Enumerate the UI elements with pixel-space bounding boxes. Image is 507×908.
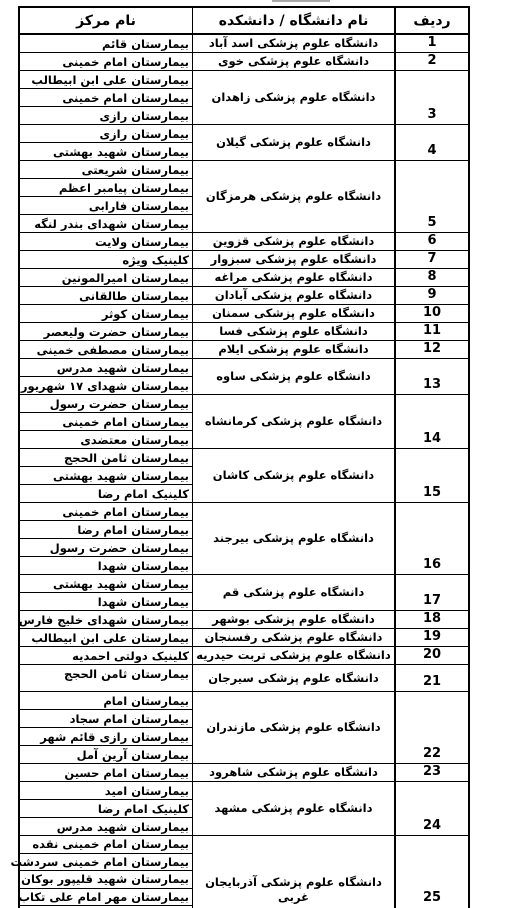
table-row-group: 12دانشگاه علوم پزشکی ایلامبیمارستان مصطف… — [20, 341, 468, 359]
center-name: بیمارستان امام خمینی — [20, 53, 192, 70]
table-row-group: 25دانشگاه علوم پزشکی آذربایجان غربیبیمار… — [20, 836, 468, 908]
row-number: 25 — [394, 836, 468, 908]
header-center-name: نام مرکز — [20, 8, 192, 33]
university-name: دانشگاه علوم پزشکی قم — [192, 575, 394, 610]
center-name: بیمارستان امام رضا — [20, 521, 192, 539]
university-name: دانشگاه علوم پزشکی خوی — [192, 53, 394, 70]
center-name: کلینیک ویژه — [20, 251, 192, 268]
center-name: بیمارستان رازی — [20, 125, 192, 143]
table-row-group: 14دانشگاه علوم پزشکی کرمانشاهبیمارستان ح… — [20, 395, 468, 449]
table-row-group: 24دانشگاه علوم پزشکی مشهدبیمارستان امیدک… — [20, 782, 468, 836]
header-row-number: ردیف — [394, 8, 468, 33]
university-name: دانشگاه علوم پزشکی ساوه — [192, 359, 394, 394]
center-name: کلینیک امام رضا — [20, 800, 192, 818]
center-name: بیمارستان رازی — [20, 107, 192, 124]
row-number: 2 — [394, 53, 468, 70]
row-number: 16 — [394, 503, 468, 574]
university-name: دانشگاه علوم پزشکی سبزوار — [192, 251, 394, 268]
university-name: دانشگاه علوم پزشکی سمنان — [192, 305, 394, 322]
table-row-group: 20دانشگاه علوم پزشکی تربت حیدریهکلینیک د… — [20, 647, 468, 665]
row-number: 4 — [394, 125, 468, 160]
row-number: 1 — [394, 35, 468, 52]
center-name: بیمارستان امام خمینی — [20, 89, 192, 107]
row-number: 10 — [394, 305, 468, 322]
center-name: بیمارستان شهدای ۱۷ شهریور — [20, 377, 192, 394]
center-name: بیمارستان امام حسین — [20, 764, 192, 781]
center-name: بیمارستان شهید مدرس — [20, 818, 192, 835]
table-row-group: 22دانشگاه علوم پزشکی مازندرانبیمارستان ا… — [20, 692, 468, 764]
row-number: 5 — [394, 161, 468, 232]
university-name: دانشگاه علوم پزشکی آذربایجان غربی — [192, 836, 394, 908]
center-name: بیمارستان شهدا — [20, 593, 192, 610]
centers-column: بیمارستان امامبیمارستان امام سجادبیمارست… — [20, 692, 192, 763]
centers-column: بیمارستان علی ابن ابیطالببیمارستان امام … — [20, 71, 192, 124]
university-name: دانشگاه علوم پزشکی فسا — [192, 323, 394, 340]
center-name: بیمارستان معتضدی — [20, 431, 192, 448]
center-name: بیمارستان مهر امام علی تکاب — [20, 889, 192, 907]
table-row-group: 2دانشگاه علوم پزشکی خویبیمارستان امام خم… — [20, 53, 468, 71]
centers-column: بیمارستان امام خمینی نقدهبیمارستان امام … — [20, 836, 192, 908]
centers-column: بیمارستان شهدای خلیج فارس — [20, 611, 192, 628]
table-row-group: 9دانشگاه علوم پزشکی آبادانبیمارستان طالق… — [20, 287, 468, 305]
table-body: 1دانشگاه علوم پزشکی اسد آبادبیمارستان قا… — [20, 35, 468, 908]
table-row-group: 17دانشگاه علوم پزشکی قمبیمارستان شهید به… — [20, 575, 468, 611]
center-name: بیمارستان طالقانی — [20, 287, 192, 304]
center-name: بیمارستان شریعتی — [20, 161, 192, 179]
row-number: 17 — [394, 575, 468, 610]
centers-column: کلینیک ویژه — [20, 251, 192, 268]
university-name: دانشگاه علوم پزشکی گیلان — [192, 125, 394, 160]
centers-column: بیمارستان رازیبیمارستان شهید بهشتی — [20, 125, 192, 160]
row-number: 24 — [394, 782, 468, 835]
center-name: بیمارستان حضرت ولیعصر — [20, 323, 192, 340]
row-number: 15 — [394, 449, 468, 502]
center-name: بیمارستان شهید قلیپور بوکان — [20, 871, 192, 889]
center-name: بیمارستان مصطفی خمینی — [20, 341, 192, 358]
centers-column: بیمارستان حضرت رسولبیمارستان امام خمینیب… — [20, 395, 192, 448]
centers-column: بیمارستان طالقانی — [20, 287, 192, 304]
row-number: 19 — [394, 629, 468, 646]
university-name: دانشگاه علوم پزشکی بوشهر — [192, 611, 394, 628]
center-name: کلینیک دولتی احمدیه — [20, 647, 192, 664]
center-name: بیمارستان شهید بهشتی — [20, 143, 192, 160]
row-number: 11 — [394, 323, 468, 340]
centers-column: کلینیک دولتی احمدیه — [20, 647, 192, 664]
center-name: بیمارستان حضرت رسول — [20, 539, 192, 557]
table-row-group: 15دانشگاه علوم پزشکی کاشانبیمارستان ثامن… — [20, 449, 468, 503]
table-row-group: 18دانشگاه علوم پزشکی بوشهربیمارستان شهدا… — [20, 611, 468, 629]
center-name: بیمارستان قائم — [20, 35, 192, 52]
centers-column: بیمارستان شهید مدرسبیمارستان شهدای ۱۷ شه… — [20, 359, 192, 394]
table-row-group: 1دانشگاه علوم پزشکی اسد آبادبیمارستان قا… — [20, 35, 468, 53]
centers-column: بیمارستان شریعتیبیمارستان پیامبر اعظمبیم… — [20, 161, 192, 232]
center-name: بیمارستان امید — [20, 782, 192, 800]
university-name: دانشگاه علوم پزشکی ایلام — [192, 341, 394, 358]
centers-column: بیمارستان امام خمینیبیمارستان امام رضابی… — [20, 503, 192, 574]
table-row-group: 8دانشگاه علوم پزشکی مراغهبیمارستان امیرا… — [20, 269, 468, 287]
university-name: دانشگاه علوم پزشکی اسد آباد — [192, 35, 394, 52]
university-name: دانشگاه علوم پزشکی کاشان — [192, 449, 394, 502]
center-name: بیمارستان شهید مدرس — [20, 359, 192, 377]
center-name: بیمارستان امام خمینی — [20, 503, 192, 521]
table-header-row: ردیف نام دانشگاه / دانشکده نام مرکز — [20, 8, 468, 35]
row-number: 13 — [394, 359, 468, 394]
row-number: 8 — [394, 269, 468, 286]
university-name: دانشگاه علوم پزشکی آبادان — [192, 287, 394, 304]
row-number: 3 — [394, 71, 468, 124]
center-name: بیمارستان رازی قائم شهر — [20, 728, 192, 746]
center-name: بیمارستان ثامن الحجج — [20, 665, 192, 691]
cropped-row-artifact — [272, 0, 330, 2]
table-row-group: 7دانشگاه علوم پزشکی سبزوارکلینیک ویژه — [20, 251, 468, 269]
center-name: بیمارستان حضرت رسول — [20, 395, 192, 413]
row-number: 20 — [394, 647, 468, 664]
center-name: بیمارستان شهدای خلیج فارس — [20, 611, 192, 628]
center-name: بیمارستان کوثر — [20, 305, 192, 322]
centers-column: بیمارستان حضرت ولیعصر — [20, 323, 192, 340]
university-name: دانشگاه علوم پزشکی تربت حیدریه — [192, 647, 394, 664]
center-name: بیمارستان شهدای بندر لنگه — [20, 215, 192, 232]
center-name: بیمارستان علی ابن ابیطالب — [20, 629, 192, 646]
center-name: بیمارستان امام خمینی نقده — [20, 836, 192, 854]
university-name: دانشگاه علوم پزشکی مشهد — [192, 782, 394, 835]
center-name: بیمارستان آرین آمل — [20, 746, 192, 763]
centers-column: بیمارستان ولایت — [20, 233, 192, 250]
center-name: بیمارستان فارابی — [20, 197, 192, 215]
centers-column: بیمارستان مصطفی خمینی — [20, 341, 192, 358]
center-name: کلینیک امام رضا — [20, 485, 192, 502]
centers-column: بیمارستان علی ابن ابیطالب — [20, 629, 192, 646]
centers-column: بیمارستان شهید بهشتیبیمارستان شهدا — [20, 575, 192, 610]
hospitals-table: ردیف نام دانشگاه / دانشکده نام مرکز 1دان… — [18, 6, 470, 908]
row-number: 21 — [394, 665, 468, 691]
centers-column: بیمارستان امام خمینی — [20, 53, 192, 70]
center-name: بیمارستان امام سجاد — [20, 710, 192, 728]
table-row-group: 10دانشگاه علوم پزشکی سمنانبیمارستان کوثر — [20, 305, 468, 323]
row-number: 6 — [394, 233, 468, 250]
center-name: بیمارستان شهدا — [20, 557, 192, 574]
university-name: دانشگاه علوم پزشکی زاهدان — [192, 71, 394, 124]
row-number: 12 — [394, 341, 468, 358]
row-number: 9 — [394, 287, 468, 304]
table-row-group: 11دانشگاه علوم پزشکی فسابیمارستان حضرت و… — [20, 323, 468, 341]
row-number: 18 — [394, 611, 468, 628]
table-row-group: 19دانشگاه علوم پزشکی رفسنجانبیمارستان عل… — [20, 629, 468, 647]
university-name: دانشگاه علوم پزشکی شاهرود — [192, 764, 394, 781]
row-number: 23 — [394, 764, 468, 781]
row-number: 22 — [394, 692, 468, 763]
center-name: بیمارستان ثامن الحجج — [20, 449, 192, 467]
center-name: بیمارستان امام خمینی — [20, 413, 192, 431]
header-university-name: نام دانشگاه / دانشکده — [192, 8, 394, 33]
center-name: بیمارستان علی ابن ابیطالب — [20, 71, 192, 89]
table-row-group: 3دانشگاه علوم پزشکی زاهدانبیمارستان علی … — [20, 71, 468, 125]
university-name: دانشگاه علوم پزشکی رفسنجان — [192, 629, 394, 646]
table-row-group: 16دانشگاه علوم پزشکی بیرجندبیمارستان اما… — [20, 503, 468, 575]
university-name: دانشگاه علوم پزشکی بیرجند — [192, 503, 394, 574]
university-name: دانشگاه علوم پزشکی کرمانشاه — [192, 395, 394, 448]
table-row-group: 5دانشگاه علوم پزشکی هرمزگانبیمارستان شری… — [20, 161, 468, 233]
university-name: دانشگاه علوم پزشکی قزوین — [192, 233, 394, 250]
center-name: بیمارستان شهید بهشتی — [20, 467, 192, 485]
centers-column: بیمارستان قائم — [20, 35, 192, 52]
centers-column: بیمارستان امیدکلینیک امام رضابیمارستان ش… — [20, 782, 192, 835]
university-name: دانشگاه علوم پزشکی سیرجان — [192, 665, 394, 691]
table-row-group: 23دانشگاه علوم پزشکی شاهرودبیمارستان اما… — [20, 764, 468, 782]
center-name: بیمارستان امام — [20, 692, 192, 710]
table-row-group: 6دانشگاه علوم پزشکی قزوینبیمارستان ولایت — [20, 233, 468, 251]
center-name: بیمارستان شهید بهشتی — [20, 575, 192, 593]
row-number: 14 — [394, 395, 468, 448]
centers-column: بیمارستان امام حسین — [20, 764, 192, 781]
center-name: بیمارستان ولایت — [20, 233, 192, 250]
table-row-group: 4دانشگاه علوم پزشکی گیلانبیمارستان رازیب… — [20, 125, 468, 161]
centers-column: بیمارستان امیرالمونین — [20, 269, 192, 286]
centers-column: بیمارستان ثامن الحجج — [20, 665, 192, 691]
table-row-group: 21دانشگاه علوم پزشکی سیرجانبیمارستان ثام… — [20, 665, 468, 692]
center-name: بیمارستان امام خمینی سردشت — [20, 854, 192, 872]
center-name: بیمارستان پیامبر اعظم — [20, 179, 192, 197]
centers-column: بیمارستان ثامن الحججبیمارستان شهید بهشتی… — [20, 449, 192, 502]
table-row-group: 13دانشگاه علوم پزشکی ساوهبیمارستان شهید … — [20, 359, 468, 395]
row-number: 7 — [394, 251, 468, 268]
university-name: دانشگاه علوم پزشکی هرمزگان — [192, 161, 394, 232]
center-name: بیمارستان امیرالمونین — [20, 269, 192, 286]
university-name: دانشگاه علوم پزشکی مازندران — [192, 692, 394, 763]
university-name: دانشگاه علوم پزشکی مراغه — [192, 269, 394, 286]
centers-column: بیمارستان کوثر — [20, 305, 192, 322]
